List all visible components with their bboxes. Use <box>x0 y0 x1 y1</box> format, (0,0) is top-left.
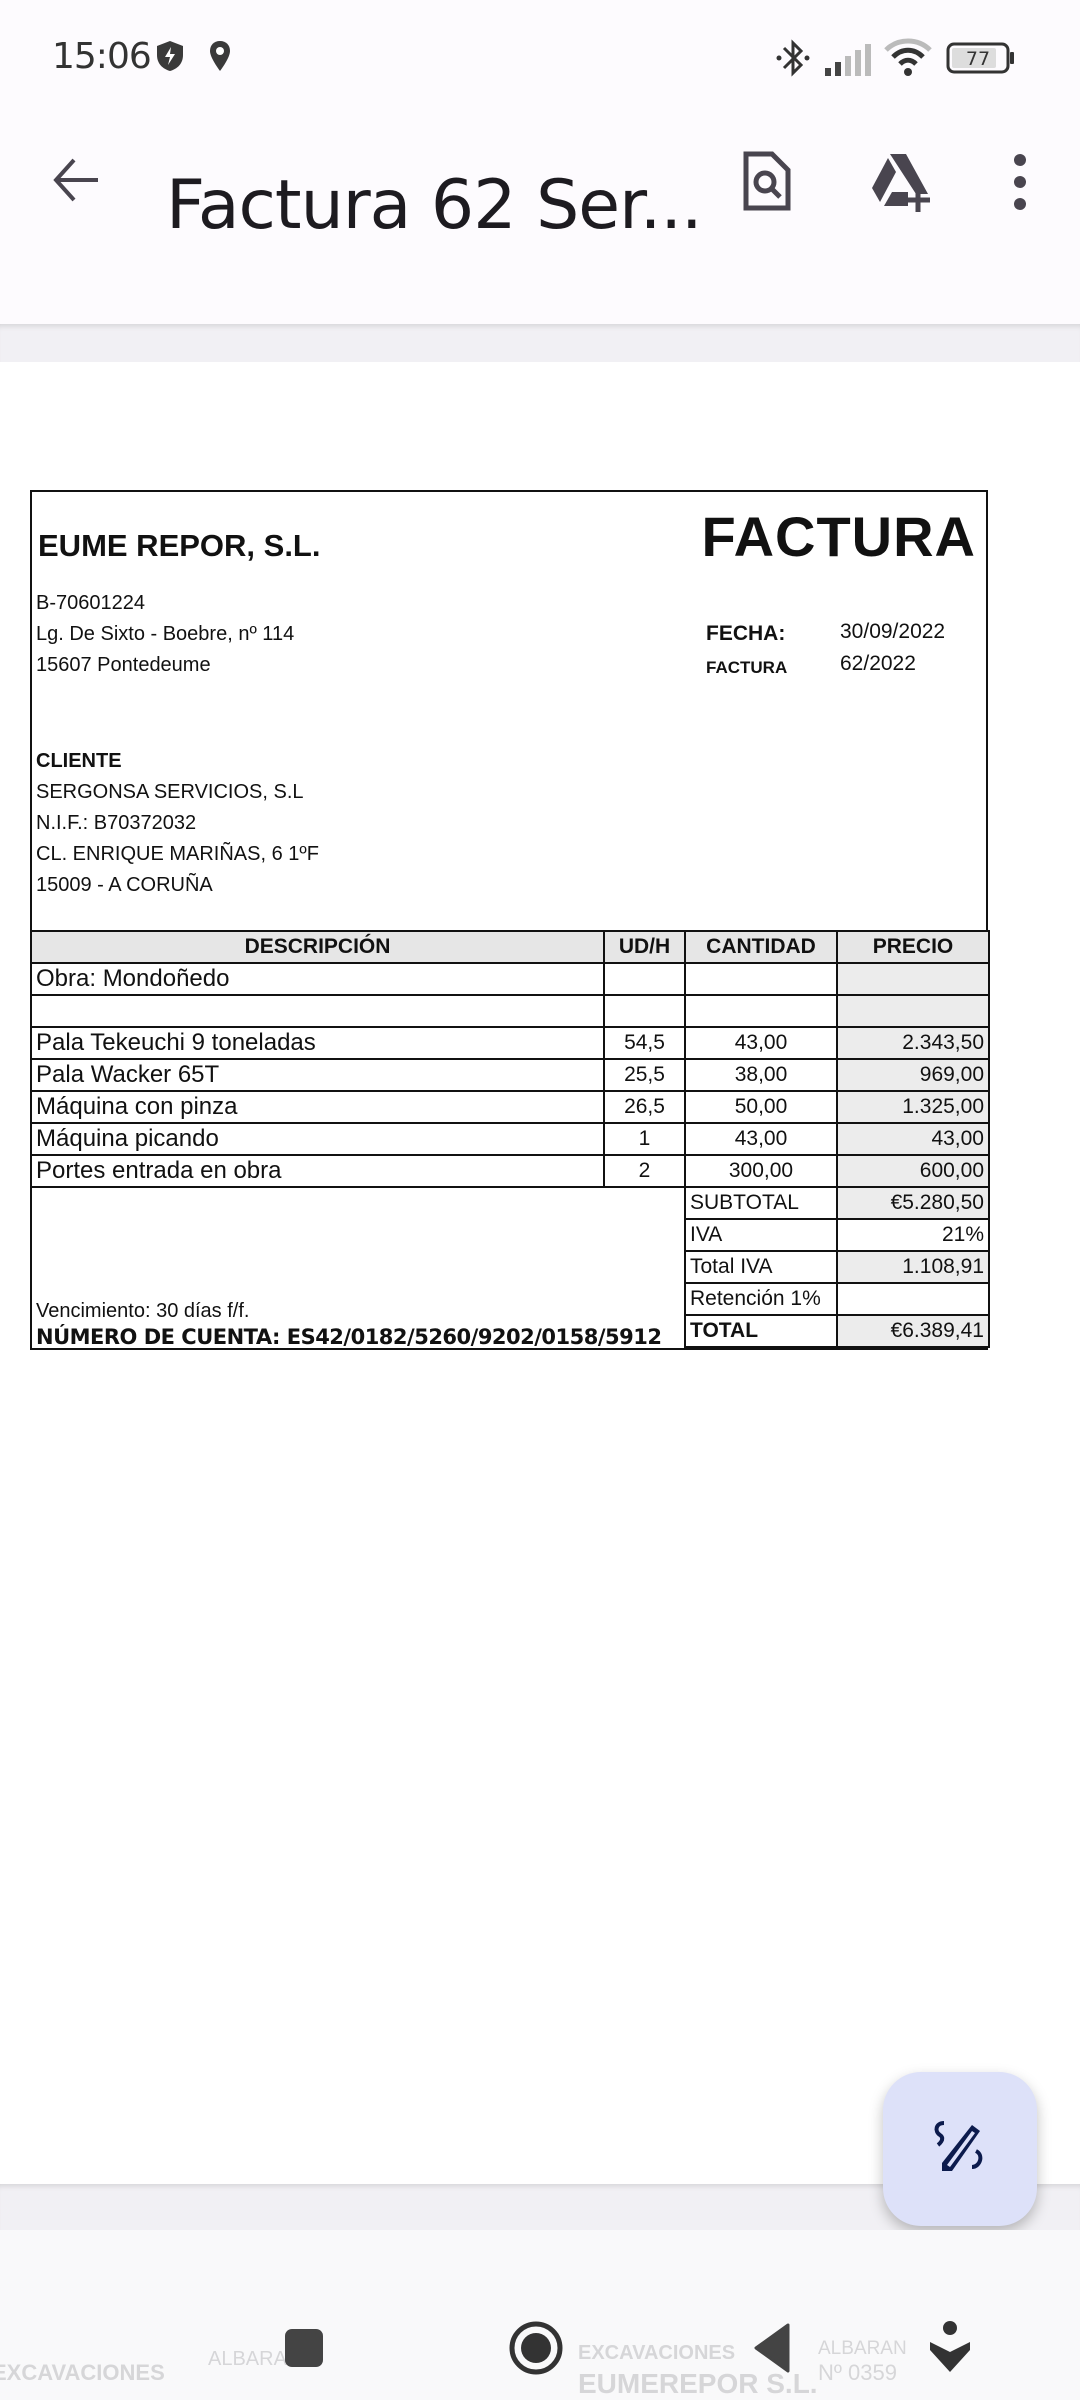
table-row: Pala Tekeuchi 9 toneladas54,543,002.343,… <box>31 1027 989 1059</box>
desc-cell: Obra: Mondoñedo <box>31 963 604 995</box>
precio-cell: 969,00 <box>837 1059 989 1091</box>
precio-cell <box>837 995 989 1027</box>
invoice: EUME REPOR, S.L. FACTURA B-70601224 Lg. … <box>30 490 988 1350</box>
document-title: Factura 62 Ser... <box>166 166 702 245</box>
empty-cell <box>31 1187 685 1219</box>
udh-cell <box>604 995 685 1027</box>
svg-text:77: 77 <box>966 48 990 70</box>
client-block: CLIENTE SERGONSA SERVICIOS, S.L N.I.F.: … <box>36 746 319 901</box>
udh-cell: 26,5 <box>604 1091 685 1123</box>
cantidad-cell: 43,00 <box>685 1027 837 1059</box>
col-cantidad: CANTIDAD <box>685 931 837 963</box>
vencimiento: Vencimiento: 30 días f/f. <box>36 1300 249 1323</box>
desc-cell <box>31 995 604 1027</box>
total-value: €5.280,50 <box>837 1187 989 1219</box>
empty-cell <box>31 1219 685 1251</box>
client-heading: CLIENTE <box>36 746 319 777</box>
totals-row: IVA21% <box>31 1219 989 1251</box>
back-button[interactable] <box>742 2318 802 2378</box>
precio-cell <box>837 963 989 995</box>
fecha-label: FECHA: <box>706 622 785 646</box>
empty-cell <box>31 1251 685 1283</box>
company-name: EUME REPOR, S.L. <box>38 528 320 564</box>
precio-cell: 43,00 <box>837 1123 989 1155</box>
wallpaper-text: ALBARAN <box>818 2338 907 2360</box>
col-precio: PRECIO <box>837 931 989 963</box>
bluetooth-icon <box>774 38 812 83</box>
table-row: Obra: Mondoñedo <box>31 963 989 995</box>
clock: 15:06 <box>52 36 151 77</box>
company-address: Lg. De Sixto - Boebre, nº 114 <box>36 619 294 650</box>
account-number: NÚMERO DE CUENTA: ES42/0182/5260/9202/01… <box>36 1325 662 1349</box>
desc-cell: Pala Wacker 65T <box>31 1059 604 1091</box>
fecha-value: 30/09/2022 <box>840 620 945 644</box>
company-city: 15607 Pontedeume <box>36 650 294 681</box>
wifi-icon <box>884 38 932 83</box>
pull-down-icon <box>926 2320 974 2376</box>
annotate-fab[interactable] <box>883 2072 1037 2226</box>
cantidad-cell <box>685 995 837 1027</box>
udh-cell: 1 <box>604 1123 685 1155</box>
more-vert-icon[interactable] <box>1002 150 1038 220</box>
table-row: Máquina con pinza26,550,001.325,00 <box>31 1091 989 1123</box>
total-value: 1.108,91 <box>837 1251 989 1283</box>
status-bar: 15:06 77 <box>0 0 1080 110</box>
app-bar: Factura 62 Ser... <box>0 110 1080 324</box>
total-label: TOTAL <box>685 1315 837 1347</box>
udh-cell <box>604 963 685 995</box>
desc-cell: Máquina picando <box>31 1123 604 1155</box>
invoice-heading: FACTURA <box>701 504 976 569</box>
desc-cell: Máquina con pinza <box>31 1091 604 1123</box>
cantidad-cell: 43,00 <box>685 1123 837 1155</box>
desc-cell: Pala Tekeuchi 9 toneladas <box>31 1027 604 1059</box>
notification-pull-button[interactable] <box>920 2318 980 2378</box>
wallpaper-text: Nº 0359 <box>818 2360 897 2386</box>
home-button[interactable] <box>506 2318 566 2378</box>
items-table: DESCRIPCIÓN UD/H CANTIDAD PRECIO Obra: M… <box>30 930 990 1348</box>
add-to-drive-icon[interactable] <box>870 150 934 220</box>
page-separator <box>0 324 1080 362</box>
cantidad-cell: 50,00 <box>685 1091 837 1123</box>
circle-icon <box>508 2320 564 2376</box>
col-udh: UD/H <box>604 931 685 963</box>
udh-cell: 25,5 <box>604 1059 685 1091</box>
table-row: Pala Wacker 65T25,538,00969,00 <box>31 1059 989 1091</box>
cantidad-cell <box>685 963 837 995</box>
total-value: €6.389,41 <box>837 1315 989 1347</box>
wallpaper-text: EXCAVACIONES <box>578 2342 735 2365</box>
total-label: Retención 1% <box>685 1283 837 1315</box>
table-header: DESCRIPCIÓN UD/H CANTIDAD PRECIO <box>31 931 989 963</box>
edit-annotate-icon <box>932 2119 988 2180</box>
totals-row: Total IVA1.108,91 <box>31 1251 989 1283</box>
triangle-back-icon <box>752 2323 792 2373</box>
battery-icon: 77 <box>946 42 1016 79</box>
table-row: Portes entrada en obra2300,00600,00 <box>31 1155 989 1187</box>
recents-button[interactable] <box>274 2318 334 2378</box>
navigation-bar: EXCAVACIONES ALBARAN EXCAVACIONES EUMERE… <box>0 2230 1080 2400</box>
cantidad-cell: 300,00 <box>685 1155 837 1187</box>
client-name: SERGONSA SERVICIOS, S.L <box>36 777 319 808</box>
precio-cell: 2.343,50 <box>837 1027 989 1059</box>
company-cif: B-70601224 <box>36 588 294 619</box>
location-pin-icon <box>208 40 232 77</box>
cantidad-cell: 38,00 <box>685 1059 837 1091</box>
client-address: CL. ENRIQUE MARIÑAS, 6 1ºF <box>36 839 319 870</box>
precio-cell: 600,00 <box>837 1155 989 1187</box>
udh-cell: 2 <box>604 1155 685 1187</box>
desc-cell: Portes entrada en obra <box>31 1155 604 1187</box>
totals-row: SUBTOTAL€5.280,50 <box>31 1187 989 1219</box>
precio-cell: 1.325,00 <box>837 1091 989 1123</box>
total-label: SUBTOTAL <box>685 1187 837 1219</box>
col-descripcion: DESCRIPCIÓN <box>31 931 604 963</box>
total-label: Total IVA <box>685 1251 837 1283</box>
client-nif: N.I.F.: B70372032 <box>36 808 319 839</box>
signal-icon <box>824 44 874 81</box>
back-arrow-icon[interactable] <box>46 150 106 210</box>
total-label: IVA <box>685 1219 837 1251</box>
factura-number: 62/2022 <box>840 652 916 676</box>
wallpaper-text: EXCAVACIONES <box>0 2360 165 2386</box>
total-value: 21% <box>837 1219 989 1251</box>
factura-label: FACTURA <box>706 658 787 678</box>
search-document-icon[interactable] <box>742 150 806 220</box>
total-value <box>837 1283 989 1315</box>
udh-cell: 54,5 <box>604 1027 685 1059</box>
square-icon <box>283 2327 325 2369</box>
shield-bolt-icon <box>156 40 184 77</box>
table-row <box>31 995 989 1027</box>
client-city: 15009 - A CORUÑA <box>36 870 319 901</box>
table-row: Máquina picando143,0043,00 <box>31 1123 989 1155</box>
company-details: B-70601224 Lg. De Sixto - Boebre, nº 114… <box>36 588 294 681</box>
